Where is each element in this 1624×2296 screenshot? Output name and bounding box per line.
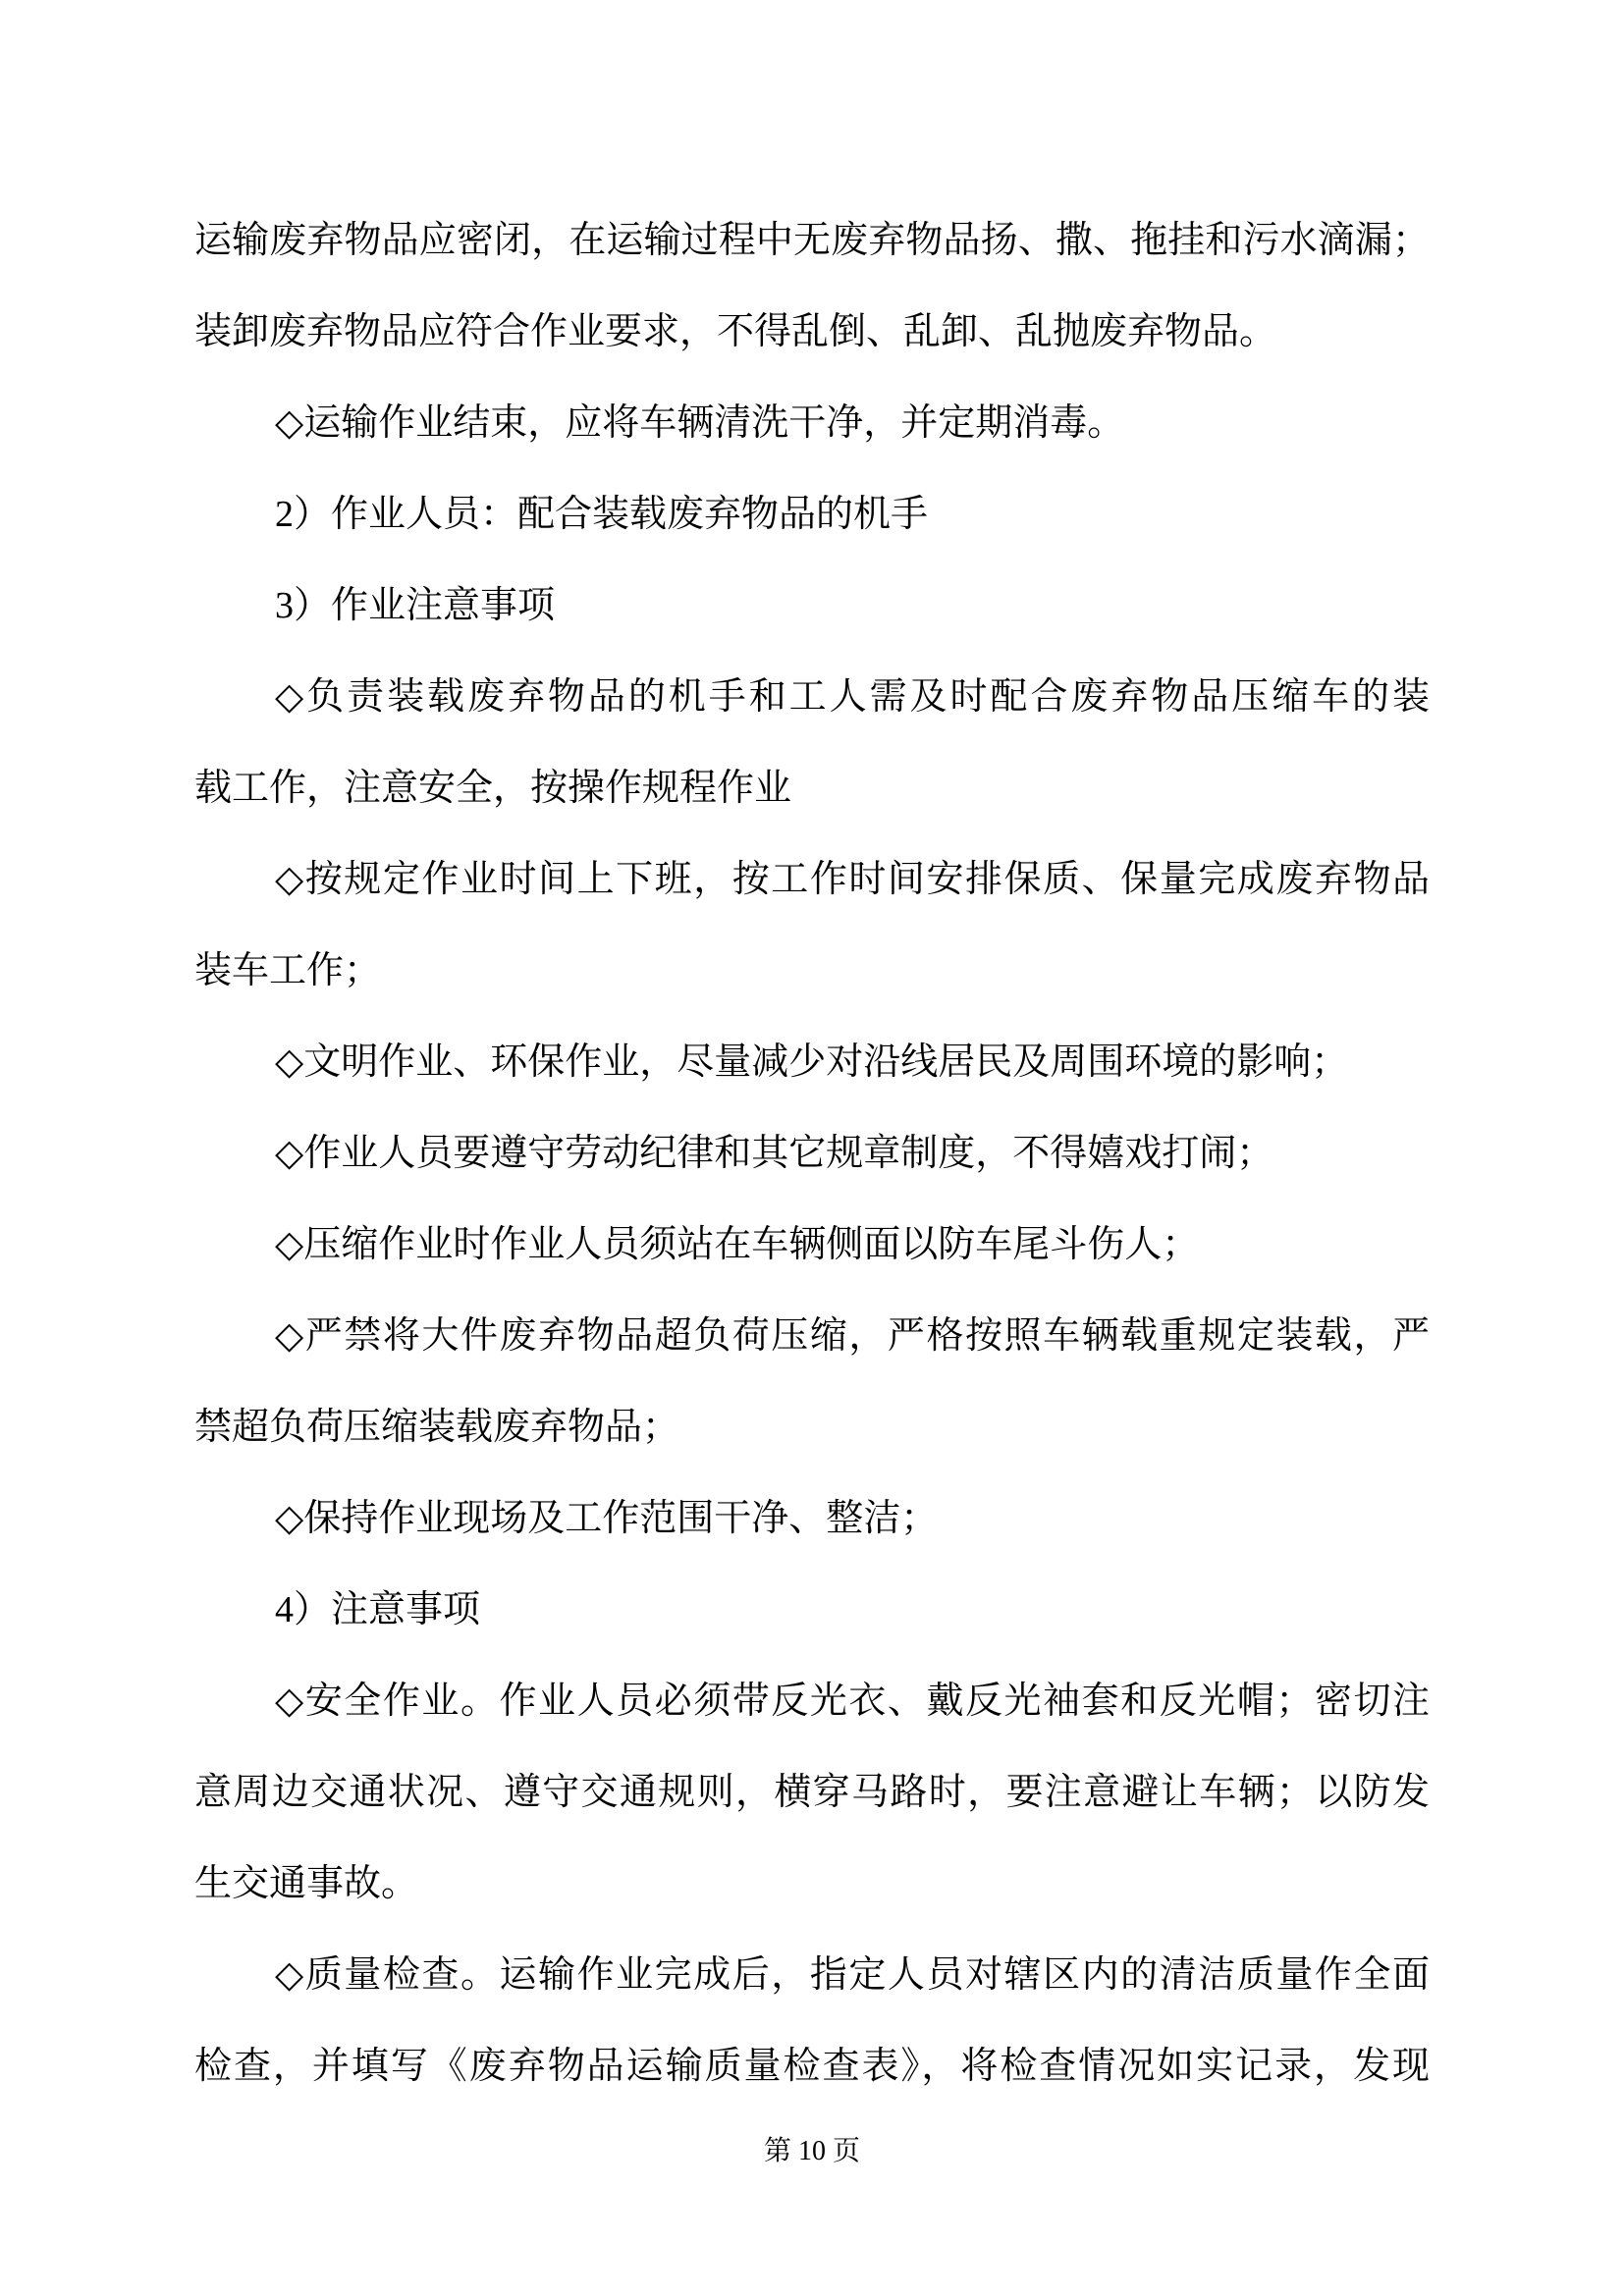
text-line: ◇文明作业、环保作业，尽量减少对沿线居民及周围环境的影响；	[194, 1017, 1430, 1108]
text-line: 装卸废弃物品应符合作业要求，不得乱倒、乱卸、乱抛废弃物品。	[194, 287, 1430, 378]
text-line: 运输废弃物品应密闭，在运输过程中无废弃物品扬、撒、拖挂和污水滴漏；	[194, 195, 1430, 287]
text-line: 载工作，注意安全，按操作规程作业	[194, 743, 1430, 834]
document-body: 运输废弃物品应密闭，在运输过程中无废弃物品扬、撒、拖挂和污水滴漏； 装卸废弃物品…	[194, 195, 1430, 2112]
text-line: 4）注意事项	[194, 1565, 1430, 1656]
text-line: ◇严禁将大件废弃物品超负荷压缩，严格按照车辆载重规定装载，严	[194, 1291, 1430, 1382]
page-footer: 第 10 页	[0, 2132, 1624, 2171]
text-line: 意周边交通状况、遵守交通规则，横穿马路时，要注意避让车辆；以防发	[194, 1747, 1430, 1839]
text-line: 禁超负荷压缩装载废弃物品；	[194, 1382, 1430, 1473]
document-page: 运输废弃物品应密闭，在运输过程中无废弃物品扬、撒、拖挂和污水滴漏； 装卸废弃物品…	[0, 0, 1624, 2296]
text-line: ◇保持作业现场及工作范围干净、整洁；	[194, 1473, 1430, 1565]
text-line: ◇按规定作业时间上下班，按工作时间安排保质、保量完成废弃物品	[194, 834, 1430, 926]
text-line: 生交通事故。	[194, 1839, 1430, 1930]
text-line: ◇质量检查。运输作业完成后，指定人员对辖区内的清洁质量作全面	[194, 1930, 1430, 2021]
text-line: 3）作业注意事项	[194, 561, 1430, 652]
text-line: 2）作业人员：配合装载废弃物品的机手	[194, 469, 1430, 561]
text-line: ◇负责装载废弃物品的机手和工人需及时配合废弃物品压缩车的装	[194, 652, 1430, 743]
text-line: 检查，并填写《废弃物品运输质量检查表》，将检查情况如实记录，发现	[194, 2021, 1430, 2112]
text-line: ◇安全作业。作业人员必须带反光衣、戴反光袖套和反光帽；密切注	[194, 1656, 1430, 1747]
text-line: 装车工作；	[194, 926, 1430, 1017]
text-line: ◇运输作业结束，应将车辆清洗干净，并定期消毒。	[194, 378, 1430, 469]
text-line: ◇压缩作业时作业人员须站在车辆侧面以防车尾斗伤人；	[194, 1200, 1430, 1291]
text-line: ◇作业人员要遵守劳动纪律和其它规章制度，不得嬉戏打闹；	[194, 1108, 1430, 1200]
